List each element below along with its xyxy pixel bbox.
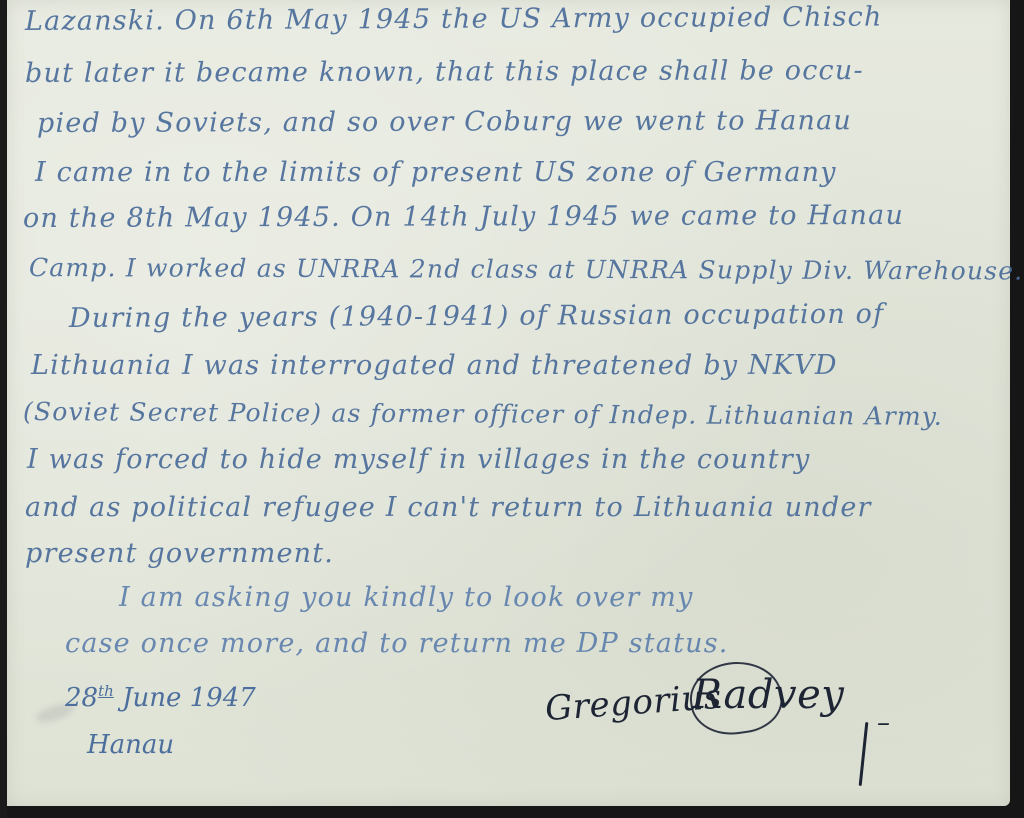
body-line-7: During the years (1940-1941) of Russian … [69, 299, 884, 334]
scan-frame: Lazanski. On 6th May 1945 the US Army oc… [0, 0, 1024, 818]
body-line-1: Lazanski. On 6th May 1945 the US Army oc… [25, 1, 945, 37]
signature-tail-stroke [859, 722, 869, 786]
body-line-14: case once more, and to return me DP stat… [65, 628, 729, 659]
body-line-9: (Soviet Secret Police) as former officer… [23, 397, 943, 431]
signature-dash: – [877, 708, 890, 738]
date-suffix: th [98, 682, 114, 700]
body-line-10: I was forced to hide myself in villages … [27, 444, 810, 475]
body-line-13: I am asking you kindly to look over my [119, 582, 694, 613]
letter-date: 28th June 1947 [65, 682, 256, 713]
letter-place: Hanau [87, 730, 174, 760]
letter-page: Lazanski. On 6th May 1945 the US Army oc… [7, 0, 1010, 806]
date-day: 28 [65, 683, 98, 713]
body-line-11: and as political refugee I can't return … [25, 492, 872, 523]
left-scan-border [0, 0, 7, 818]
body-line-5: on the 8th May 1945. On 14th July 1945 w… [23, 200, 904, 234]
body-line-4: I came in to the limits of present US zo… [35, 157, 837, 188]
body-line-6: Camp. I worked as UNRRA 2nd class at UNR… [29, 253, 1023, 285]
body-line-3: pied by Soviets, and so over Coburg we w… [37, 105, 852, 139]
body-line-2: but later it became known, that this pla… [25, 55, 864, 89]
date-rest: June 1947 [122, 683, 256, 713]
body-line-8: Lithuania I was interrogated and threate… [31, 350, 838, 381]
body-line-12: present government. [25, 538, 334, 569]
signature-surname: Radvey [692, 672, 844, 718]
